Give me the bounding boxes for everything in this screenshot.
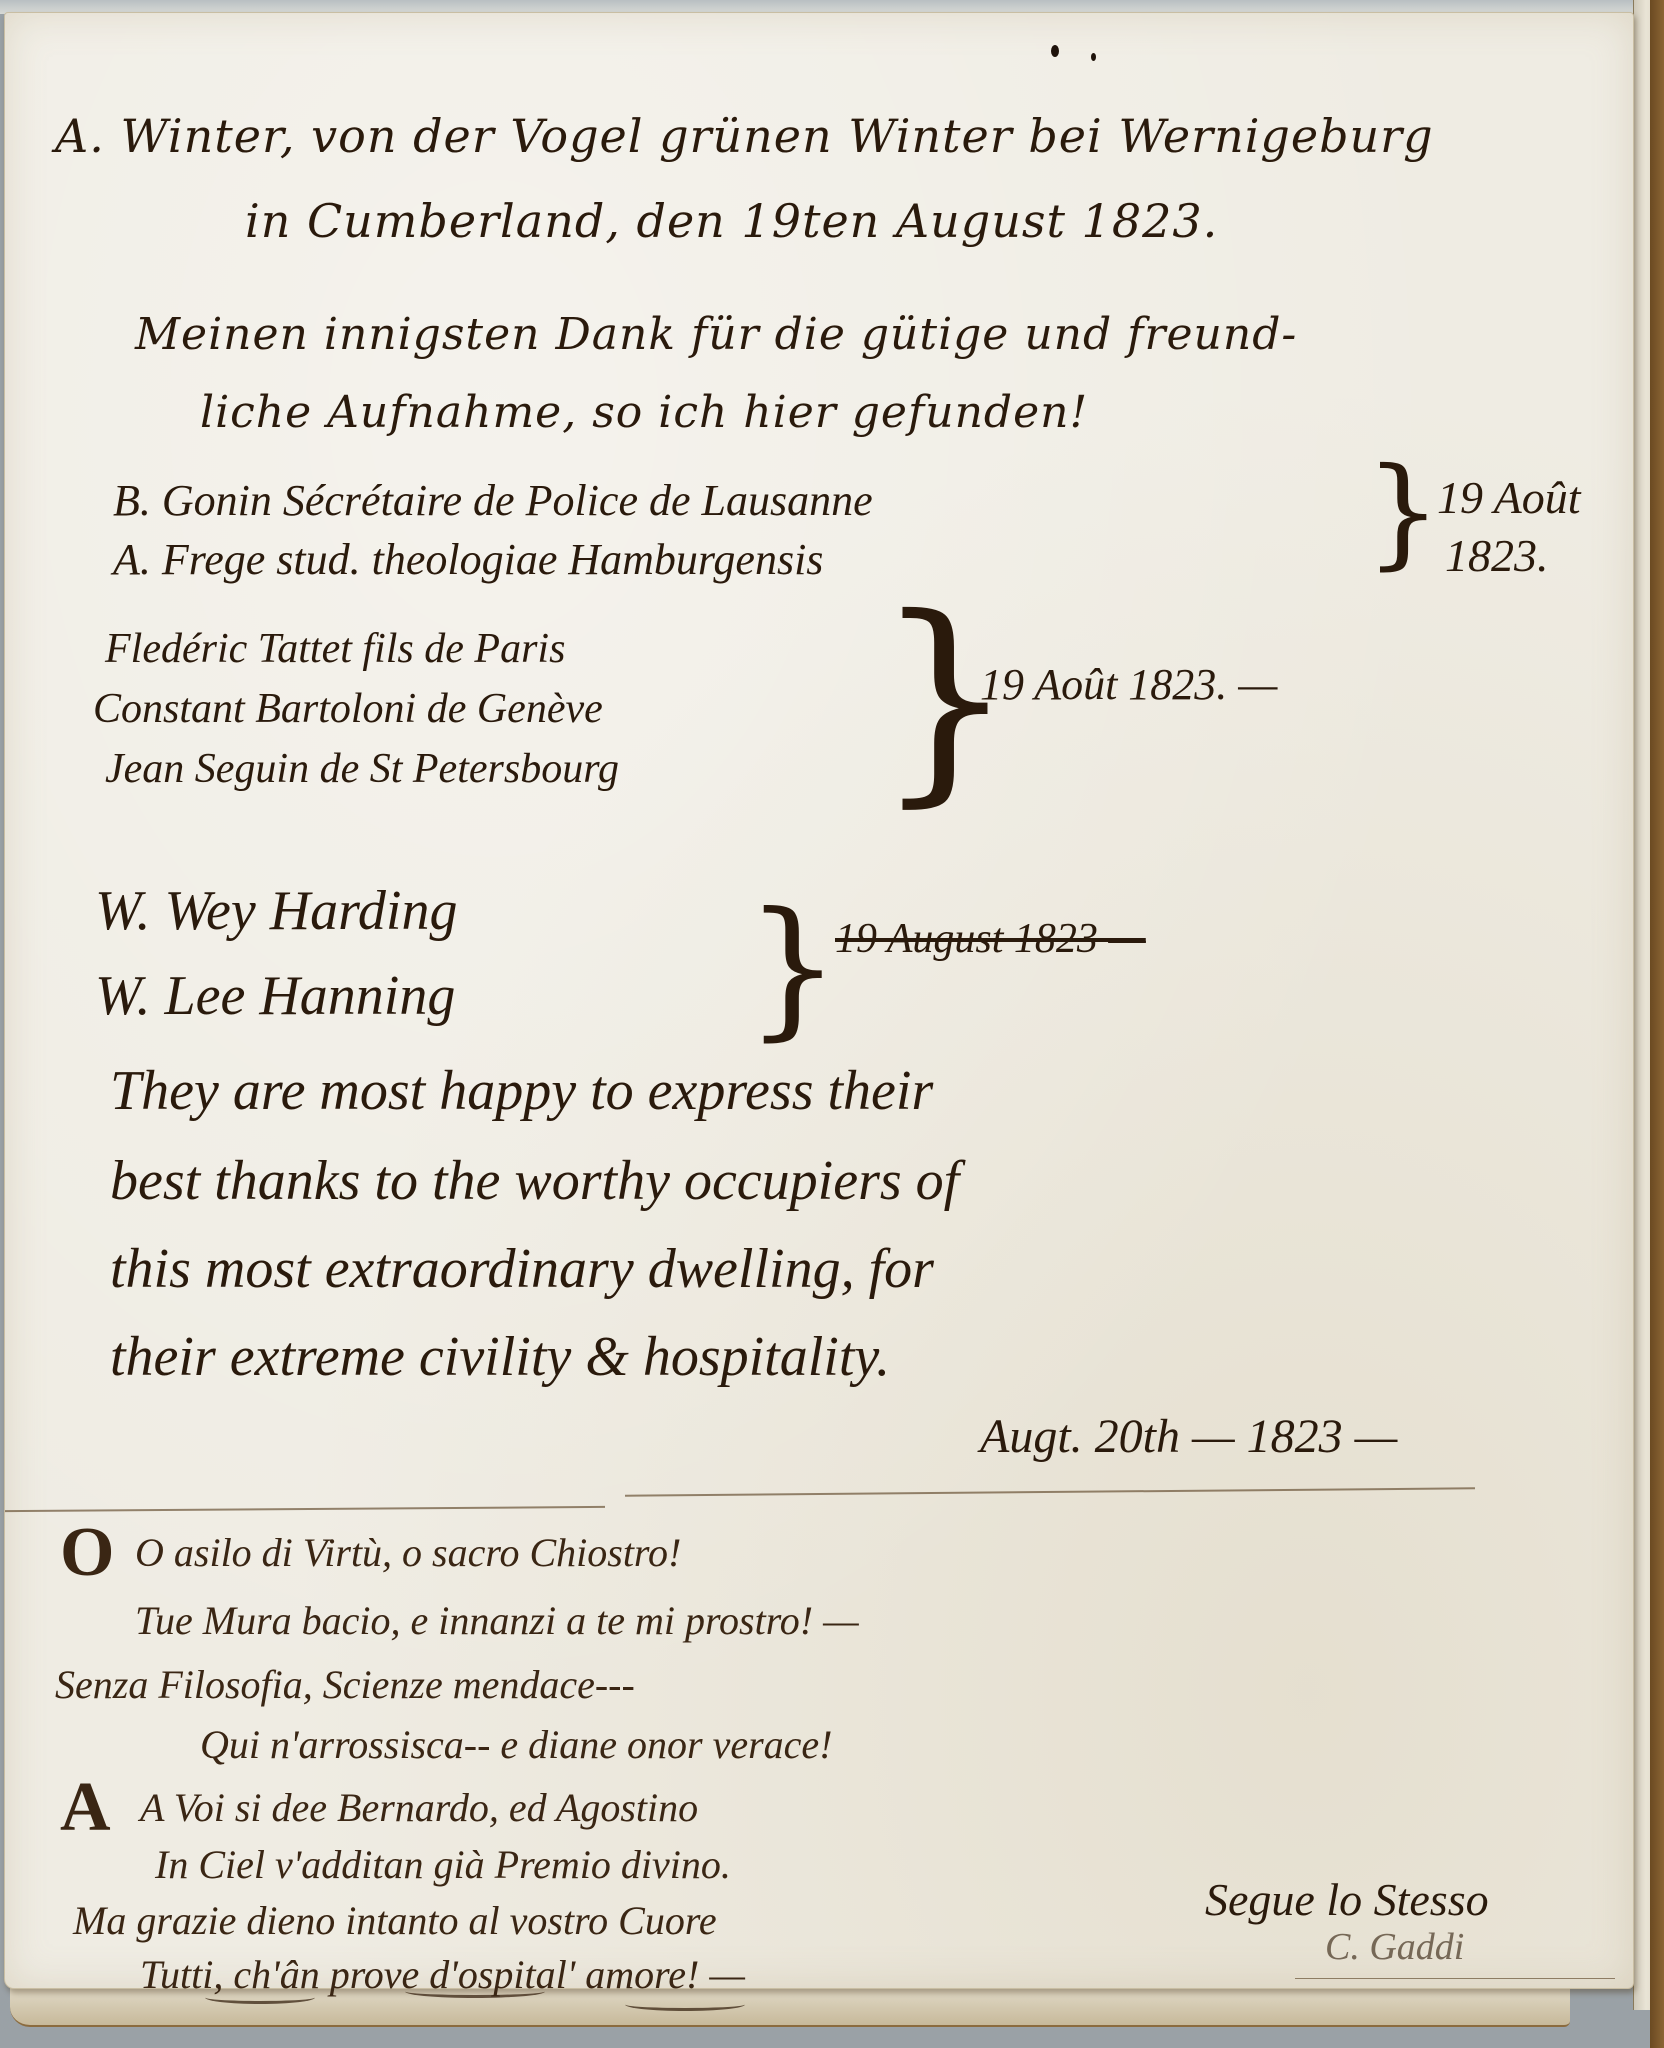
curly-brace: } [1365,453,1441,573]
entry-date: 19 Août 1823. — [980,663,1277,707]
poem-line: Senza Filosofia, Scienze mendace--- [55,1665,635,1705]
flourish [405,1985,545,1998]
message-line: this most extraordinary dwelling, for [110,1241,934,1297]
poem-signature: Segue lo Stesso [1205,1873,1489,1926]
signatory-name: W. Lee Hanning [95,968,455,1024]
signatory-name: B. Gonin Sécrétaire de Police de Lausann… [113,479,873,523]
entry-date: Augt. 20th — 1823 — [980,1413,1397,1461]
signatory-name: W. Wey Harding [95,883,457,939]
poem-line: Tue Mura bacio, e innanzi a te mi prostr… [135,1601,859,1641]
signature-underline [1295,1978,1615,1979]
entry-line: A. Winter, von der Vogel grünen Winter b… [55,113,1434,159]
entry-line: in Cumberland, den 19ten August 1823. [245,198,1218,244]
poem-line: O [60,1518,114,1588]
poem-line: A Voi si dee Bernardo, ed Agostino [140,1788,698,1828]
poem-line: A [60,1773,111,1843]
signatory-name: Fledéric Tattet fils de Paris [105,628,565,670]
poem-line: Ma grazie dieno intanto al vostro Cuore [73,1901,717,1941]
poem-line: Qui n'arrossisca-- e diane onor verace! [200,1725,833,1765]
entry-line: liche Aufnahme, so ich hier gefunden! [200,391,1088,435]
poem-signature-name: C. Gaddi [1325,1925,1464,1969]
book-binding-edge [1650,0,1664,2048]
message-line: their extreme civility & hospitality. [110,1329,890,1385]
ink-blot [1051,45,1059,57]
signatory-name: Jean Seguin de St Petersbourg [105,748,619,790]
ink-blot [1091,53,1096,61]
poem-initial: O [60,1514,114,1591]
signatory-name: Constant Bartoloni de Genève [93,688,603,730]
flourish [205,1991,315,2004]
signatory-name: A. Frege stud. theologiae Hamburgensis [113,538,823,582]
curly-brace: } [745,893,840,1043]
struck-date: 19 August 1823 — [835,918,1146,960]
poem-line: O asilo di Virtù, o sacro Chiostro! [135,1533,681,1573]
flourish [625,1998,745,2011]
poem-line: In Ciel v'additan già Premio divino. [155,1845,731,1885]
divider-line [625,1487,1475,1496]
guestbook-page: A. Winter, von der Vogel grünen Winter b… [4,12,1634,1989]
entry-date: 19 Août [1437,475,1581,521]
divider-line [5,1506,605,1512]
poem-initial: A [60,1769,111,1846]
entry-line: Meinen innigsten Dank für die gütige und… [135,313,1297,357]
entry-date: 1823. [1445,533,1549,579]
message-line: best thanks to the worthy occupiers of [110,1153,959,1209]
message-line: They are most happy to express their [110,1063,933,1119]
